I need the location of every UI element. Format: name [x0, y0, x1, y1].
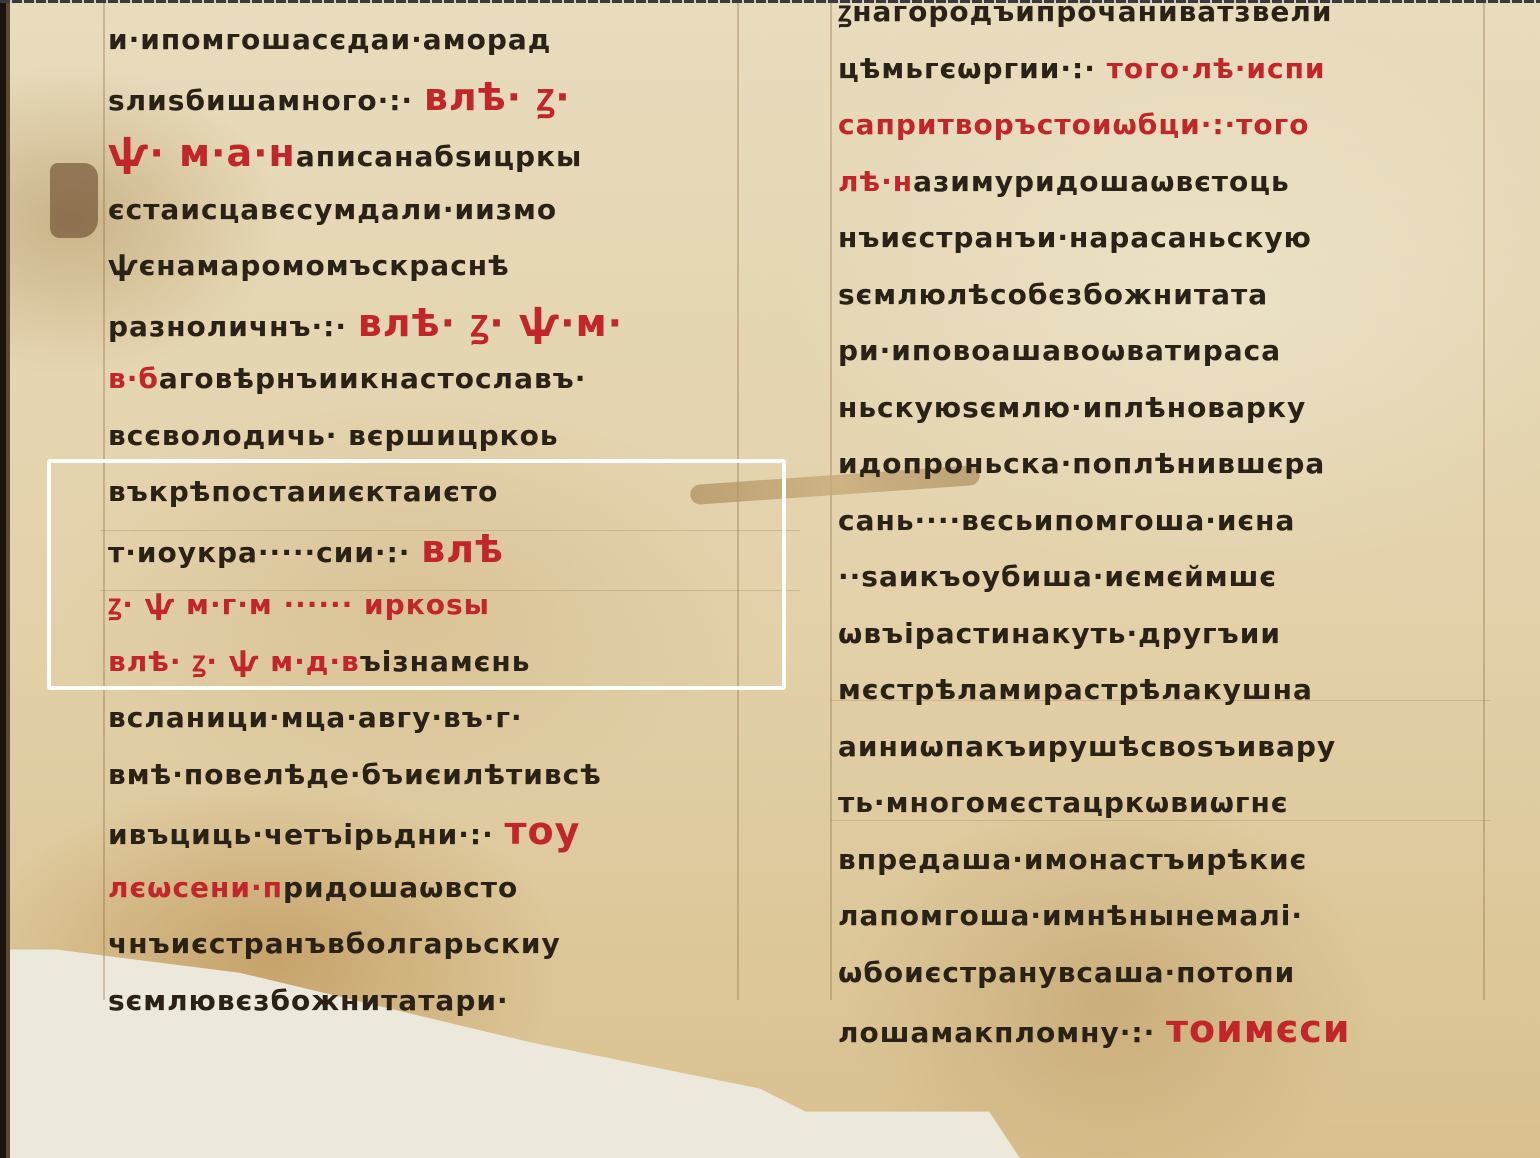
text-line: впредаша·имонастъирѣкиє [838, 832, 1508, 889]
rubric-text: влѣ· ꙁ· [424, 75, 571, 119]
ink-text: всланици·мца·авгу·въ·г· [108, 701, 523, 734]
ink-text: ивъциць·четъірьдни·:· [108, 818, 494, 851]
text-line: ··ѕаикъоубиша·иємєймшє [838, 549, 1508, 606]
ink-text: сань····вєсьипомгоша·иєна [838, 504, 1295, 537]
text-line: чнъиєстранъвболгарьскиу [108, 916, 758, 973]
ink-text: ть·многомєстацркѡвиѡгнє [838, 786, 1289, 819]
ink-text: и·ипомгошасєдаи·аморад [108, 23, 551, 56]
ruling-line [830, 0, 832, 1000]
ink-text: вмѣ·повелѣде·бъиєилѣтивсѣ [108, 758, 602, 791]
ink-text: ѡвъірастинакуть·другъии [838, 617, 1281, 650]
text-line: аиниѡпакъирушѣсвоѕъивару [838, 719, 1508, 776]
ink-text: ридошаѡвсто [283, 871, 518, 904]
text-line: разноличнъ·:· влѣ· ꙁ· ѱ·м· [108, 295, 758, 352]
text-line: сапритворъстоиѡбци·:·того [838, 97, 1508, 154]
rubric-text: лєѡсени·п [108, 871, 283, 904]
text-line: всєволодичь· вєршицркоь [108, 408, 758, 465]
rubric-text: в·б [108, 362, 159, 395]
text-line: ньскуюѕємлю·иплѣноварку [838, 380, 1508, 437]
text-line: ѕємлювєзбожнитатари· [108, 973, 758, 1030]
manuscript-viewer: и·ипомгошасєдаи·аморад ѕлиѕбишамного·:· … [0, 0, 1540, 1158]
ink-text: ѡбоиєстранувсаша·потопи [838, 956, 1295, 989]
ink-text: азимуридошаѡвєтоць [913, 165, 1290, 198]
text-line: лѣ·назимуридошаѡвєтоць [838, 154, 1508, 211]
ink-text: чнъиєстранъвболгарьскиу [108, 927, 561, 960]
ink-text: мєстрѣламирастрѣлакушна [838, 673, 1313, 706]
rubric-text: влѣ· ꙁ· ѱ·м· [358, 301, 623, 345]
text-line: всланици·мца·авгу·въ·г· [108, 690, 758, 747]
rubric-text: сапритворъстоиѡбци·:·того [838, 108, 1310, 141]
right-text-column: ꙁнагородъипрочаниватзвели цѣмьгєѡргии·:·… [838, 0, 1508, 1058]
rubric-text: тоимєси [1166, 1007, 1351, 1051]
ink-text: всєволодичь· вєршицркоь [108, 419, 559, 452]
text-line: ѕлиѕбишамного·:· влѣ· ꙁ· [108, 69, 758, 126]
text-line: вмѣ·повелѣде·бъиєилѣтивсѣ [108, 747, 758, 804]
text-line: сань····вєсьипомгоша·иєна [838, 493, 1508, 550]
ink-text: лошамакпломну·:· [838, 1016, 1155, 1049]
ink-text: лапомгоша·имнѣнынемалі· [838, 899, 1303, 932]
text-line: ѡбоиєстранувсаша·потопи [838, 945, 1508, 1002]
ink-text: идопроньска·поплѣнившєра [838, 447, 1325, 480]
text-line: лошамакпломну·:· тоимєси [838, 1001, 1508, 1058]
text-line: ѕємлюлѣсобєзбожнитата [838, 267, 1508, 324]
ink-text: ꙁнагородъипрочаниватзвели [838, 0, 1333, 28]
ink-text: разноличнъ·:· [108, 310, 347, 343]
text-line: ѡвъірастинакуть·другъии [838, 606, 1508, 663]
text-line: єстаисцавєсумдали·иизмо [108, 182, 758, 239]
ink-text: впредаша·имонастъирѣкиє [838, 843, 1307, 876]
ink-text: ѕємлювєзбожнитатари· [108, 984, 509, 1017]
ink-text: аписанабѕицркы [296, 140, 583, 173]
text-line: ꙁнагородъипрочаниватзвели [838, 0, 1508, 41]
book-spine [0, 0, 10, 1158]
ink-text: ѕємлюлѣсобєзбожнитата [838, 278, 1268, 311]
text-line: в·баговѣрнъиикнастославъ· [108, 351, 758, 408]
rubric-text: тоу [504, 809, 580, 853]
rubric-text: лѣ·н [838, 165, 913, 198]
text-line: ѱ· м·а·написанабѕицркы [108, 125, 758, 182]
ink-text: цѣмьгєѡргии·:· [838, 52, 1096, 85]
text-line: ѱєнамаромомъскраснѣ [108, 238, 758, 295]
ink-text: ньскуюѕємлю·иплѣноварку [838, 391, 1306, 424]
text-line: цѣмьгєѡргии·:· того·лѣ·испи [838, 41, 1508, 98]
ink-text: ѱєнамаромомъскраснѣ [108, 249, 510, 282]
text-line: идопроньска·поплѣнившєра [838, 436, 1508, 493]
selection-highlight-box[interactable] [47, 459, 786, 690]
ink-text: єстаисцавєсумдали·иизмо [108, 193, 557, 226]
text-line: ивъциць·четъірьдни·:· тоу [108, 803, 758, 860]
ink-text: ри·иповоашавоѡватираса [838, 334, 1281, 367]
text-line: мєстрѣламирастрѣлакушна [838, 662, 1508, 719]
text-line: и·ипомгошасєдаи·аморад [108, 12, 758, 69]
ink-text: аговѣрнъиикнастославъ· [159, 362, 586, 395]
ink-text: ѕлиѕбишамного·:· [108, 84, 413, 117]
text-line: нъиєстранъи·нарасаньскую [838, 210, 1508, 267]
ink-text: нъиєстранъи·нарасаньскую [838, 221, 1312, 254]
ink-text: аиниѡпакъирушѣсвоѕъивару [838, 730, 1336, 763]
ink-text: ··ѕаикъоубиша·иємєймшє [838, 560, 1277, 593]
text-line: ри·иповоашавоѡватираса [838, 323, 1508, 380]
text-line: ть·многомєстацркѡвиѡгнє [838, 775, 1508, 832]
text-line: лєѡсени·придошаѡвсто [108, 860, 758, 917]
rubric-text: того·лѣ·испи [1107, 52, 1326, 85]
text-line: лапомгоша·имнѣнынемалі· [838, 888, 1508, 945]
rubric-text: ѱ· м·а·н [108, 131, 296, 175]
faded-initial-stain [50, 163, 98, 238]
top-border-ruler [0, 0, 1540, 3]
